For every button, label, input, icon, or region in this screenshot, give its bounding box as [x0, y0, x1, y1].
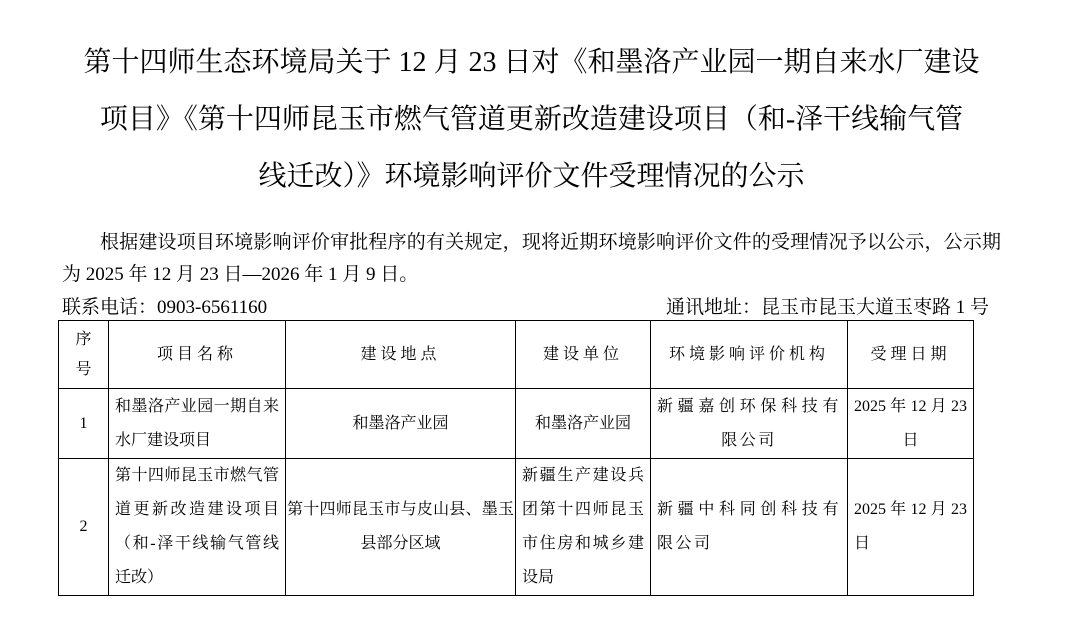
- contact-phone: 联系电话：0903-6561160: [62, 292, 267, 319]
- row2-eia-agency: 新疆中科同创科技有限公司: [651, 459, 848, 596]
- row1-acceptance-date: 2025 年 12 月 23 日: [848, 389, 974, 459]
- document-page: 第十四师生态环境局关于 12 月 23 日对《和墨洛产业园一期自来水厂建设 项目…: [0, 0, 1067, 631]
- notice-paragraph: 根据建设项目环境影响评价审批程序的有关规定，现将近期环境影响评价文件的受理情况予…: [62, 227, 1001, 290]
- title-line-1: 第十四师生态环境局关于 12 月 23 日对《和墨洛产业园一期自来水厂建设: [62, 34, 1001, 91]
- row1-builder: 和墨洛产业园: [516, 389, 651, 459]
- table-header-row: 序号 项目名称 建设地点 建设单位 环境影响评价机构 受理日期: [59, 321, 974, 389]
- col-header-seq-label: 序号: [73, 325, 94, 385]
- col-header-project-name: 项目名称: [109, 321, 286, 389]
- acceptance-table: 序号 项目名称 建设地点 建设单位 环境影响评价机构 受理日期 1 和墨洛产业园…: [58, 320, 974, 596]
- document-title: 第十四师生态环境局关于 12 月 23 日对《和墨洛产业园一期自来水厂建设 项目…: [62, 34, 1001, 205]
- table-row-2: 2 第十四师昆玉市燃气管道更新改造建设项目（和-泽干线输气管线迁改） 第十四师昆…: [59, 459, 974, 596]
- col-header-seq: 序号: [59, 321, 109, 389]
- row2-location: 第十四师昆玉市与皮山县、墨玉县部分区域: [286, 459, 516, 596]
- row1-eia-agency: 新疆嘉创环保科技有限公司: [651, 389, 848, 459]
- row1-project-name: 和墨洛产业园一期自来水厂建设项目: [109, 389, 286, 459]
- contact-row: 联系电话：0903-6561160 通讯地址：昆玉市昆玉大道玉枣路 1 号: [62, 290, 1001, 320]
- row1-seq: 1: [59, 389, 109, 459]
- row2-project-name: 第十四师昆玉市燃气管道更新改造建设项目（和-泽干线输气管线迁改）: [109, 459, 286, 596]
- col-header-acceptance-date: 受理日期: [848, 321, 974, 389]
- title-line-3: 线迁改）》环境影响评价文件受理情况的公示: [62, 148, 1001, 205]
- table-row-1: 1 和墨洛产业园一期自来水厂建设项目 和墨洛产业园 和墨洛产业园 新疆嘉创环保科…: [59, 389, 974, 459]
- col-header-location: 建设地点: [286, 321, 516, 389]
- col-header-builder: 建设单位: [516, 321, 651, 389]
- row1-location: 和墨洛产业园: [286, 389, 516, 459]
- row2-seq: 2: [59, 459, 109, 596]
- row2-builder: 新疆生产建设兵团第十四师昆玉市住房和城乡建设局: [516, 459, 651, 596]
- contact-address: 通讯地址：昆玉市昆玉大道玉枣路 1 号: [666, 292, 989, 319]
- title-line-2: 项目》《第十四师昆玉市燃气管道更新改造建设项目（和-泽干线输气管: [62, 91, 1001, 148]
- row2-acceptance-date: 2025 年 12 月 23 日: [848, 459, 974, 596]
- col-header-eia-agency: 环境影响评价机构: [651, 321, 848, 389]
